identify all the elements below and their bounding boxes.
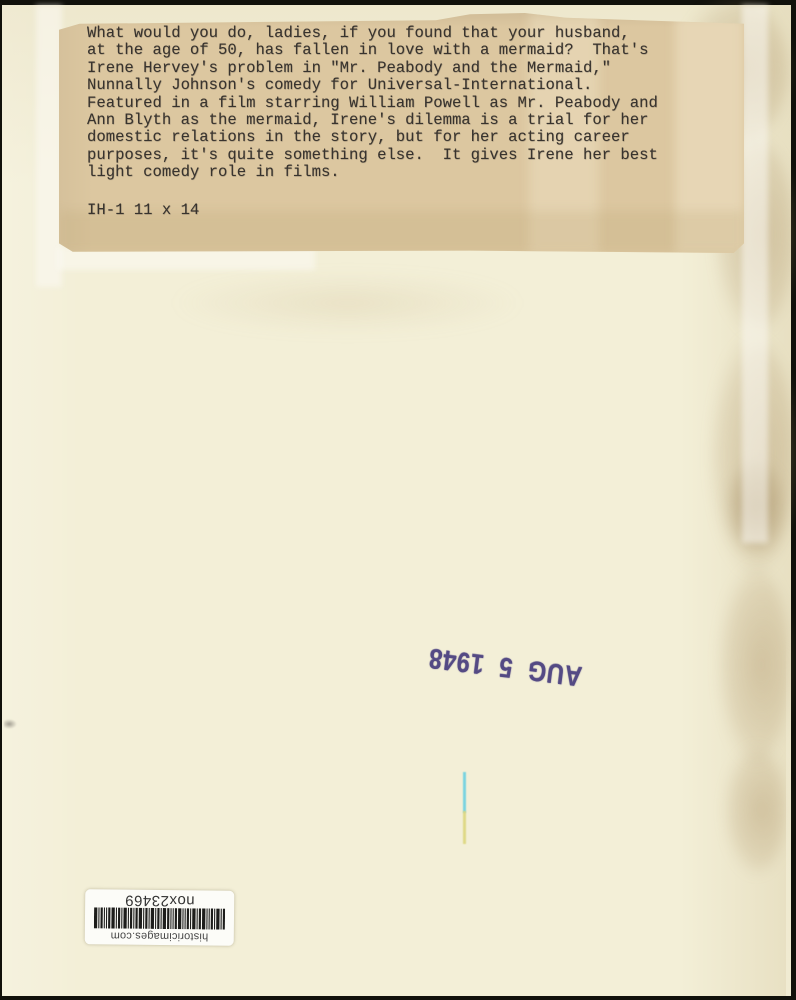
light-strip-right-of-label bbox=[742, 5, 768, 543]
scratch-mark-cyan bbox=[463, 772, 466, 813]
sticker-inventory-code: nox23469 bbox=[125, 893, 195, 909]
caption-reference-code: IH-1 11 x 14 bbox=[87, 201, 199, 219]
smudge-below-label bbox=[170, 273, 525, 333]
photo-back-paper: What would you do, ladies, if you found … bbox=[2, 5, 791, 996]
date-stamp-text: AUG 5 1948 bbox=[426, 642, 583, 693]
barcode bbox=[94, 908, 225, 930]
scratch-mark-yellow bbox=[463, 811, 466, 844]
barcode-sticker: historicimages.com bbox=[85, 889, 235, 946]
caption-text: What would you do, ladies, if you found … bbox=[87, 25, 717, 182]
scan-edge-fade bbox=[786, 625, 791, 996]
caption-label: What would you do, ladies, if you found … bbox=[59, 13, 744, 253]
light-strip-left bbox=[36, 5, 62, 287]
sticker-website-text: historicimages.com bbox=[110, 929, 208, 942]
pencil-mark bbox=[4, 719, 17, 729]
date-stamp: AUG 5 1948 bbox=[427, 630, 583, 704]
stain-right-4 bbox=[724, 745, 786, 875]
stain-right-2 bbox=[710, 335, 795, 575]
stain-right-blotch bbox=[726, 460, 786, 555]
stain-right-3 bbox=[718, 565, 790, 765]
